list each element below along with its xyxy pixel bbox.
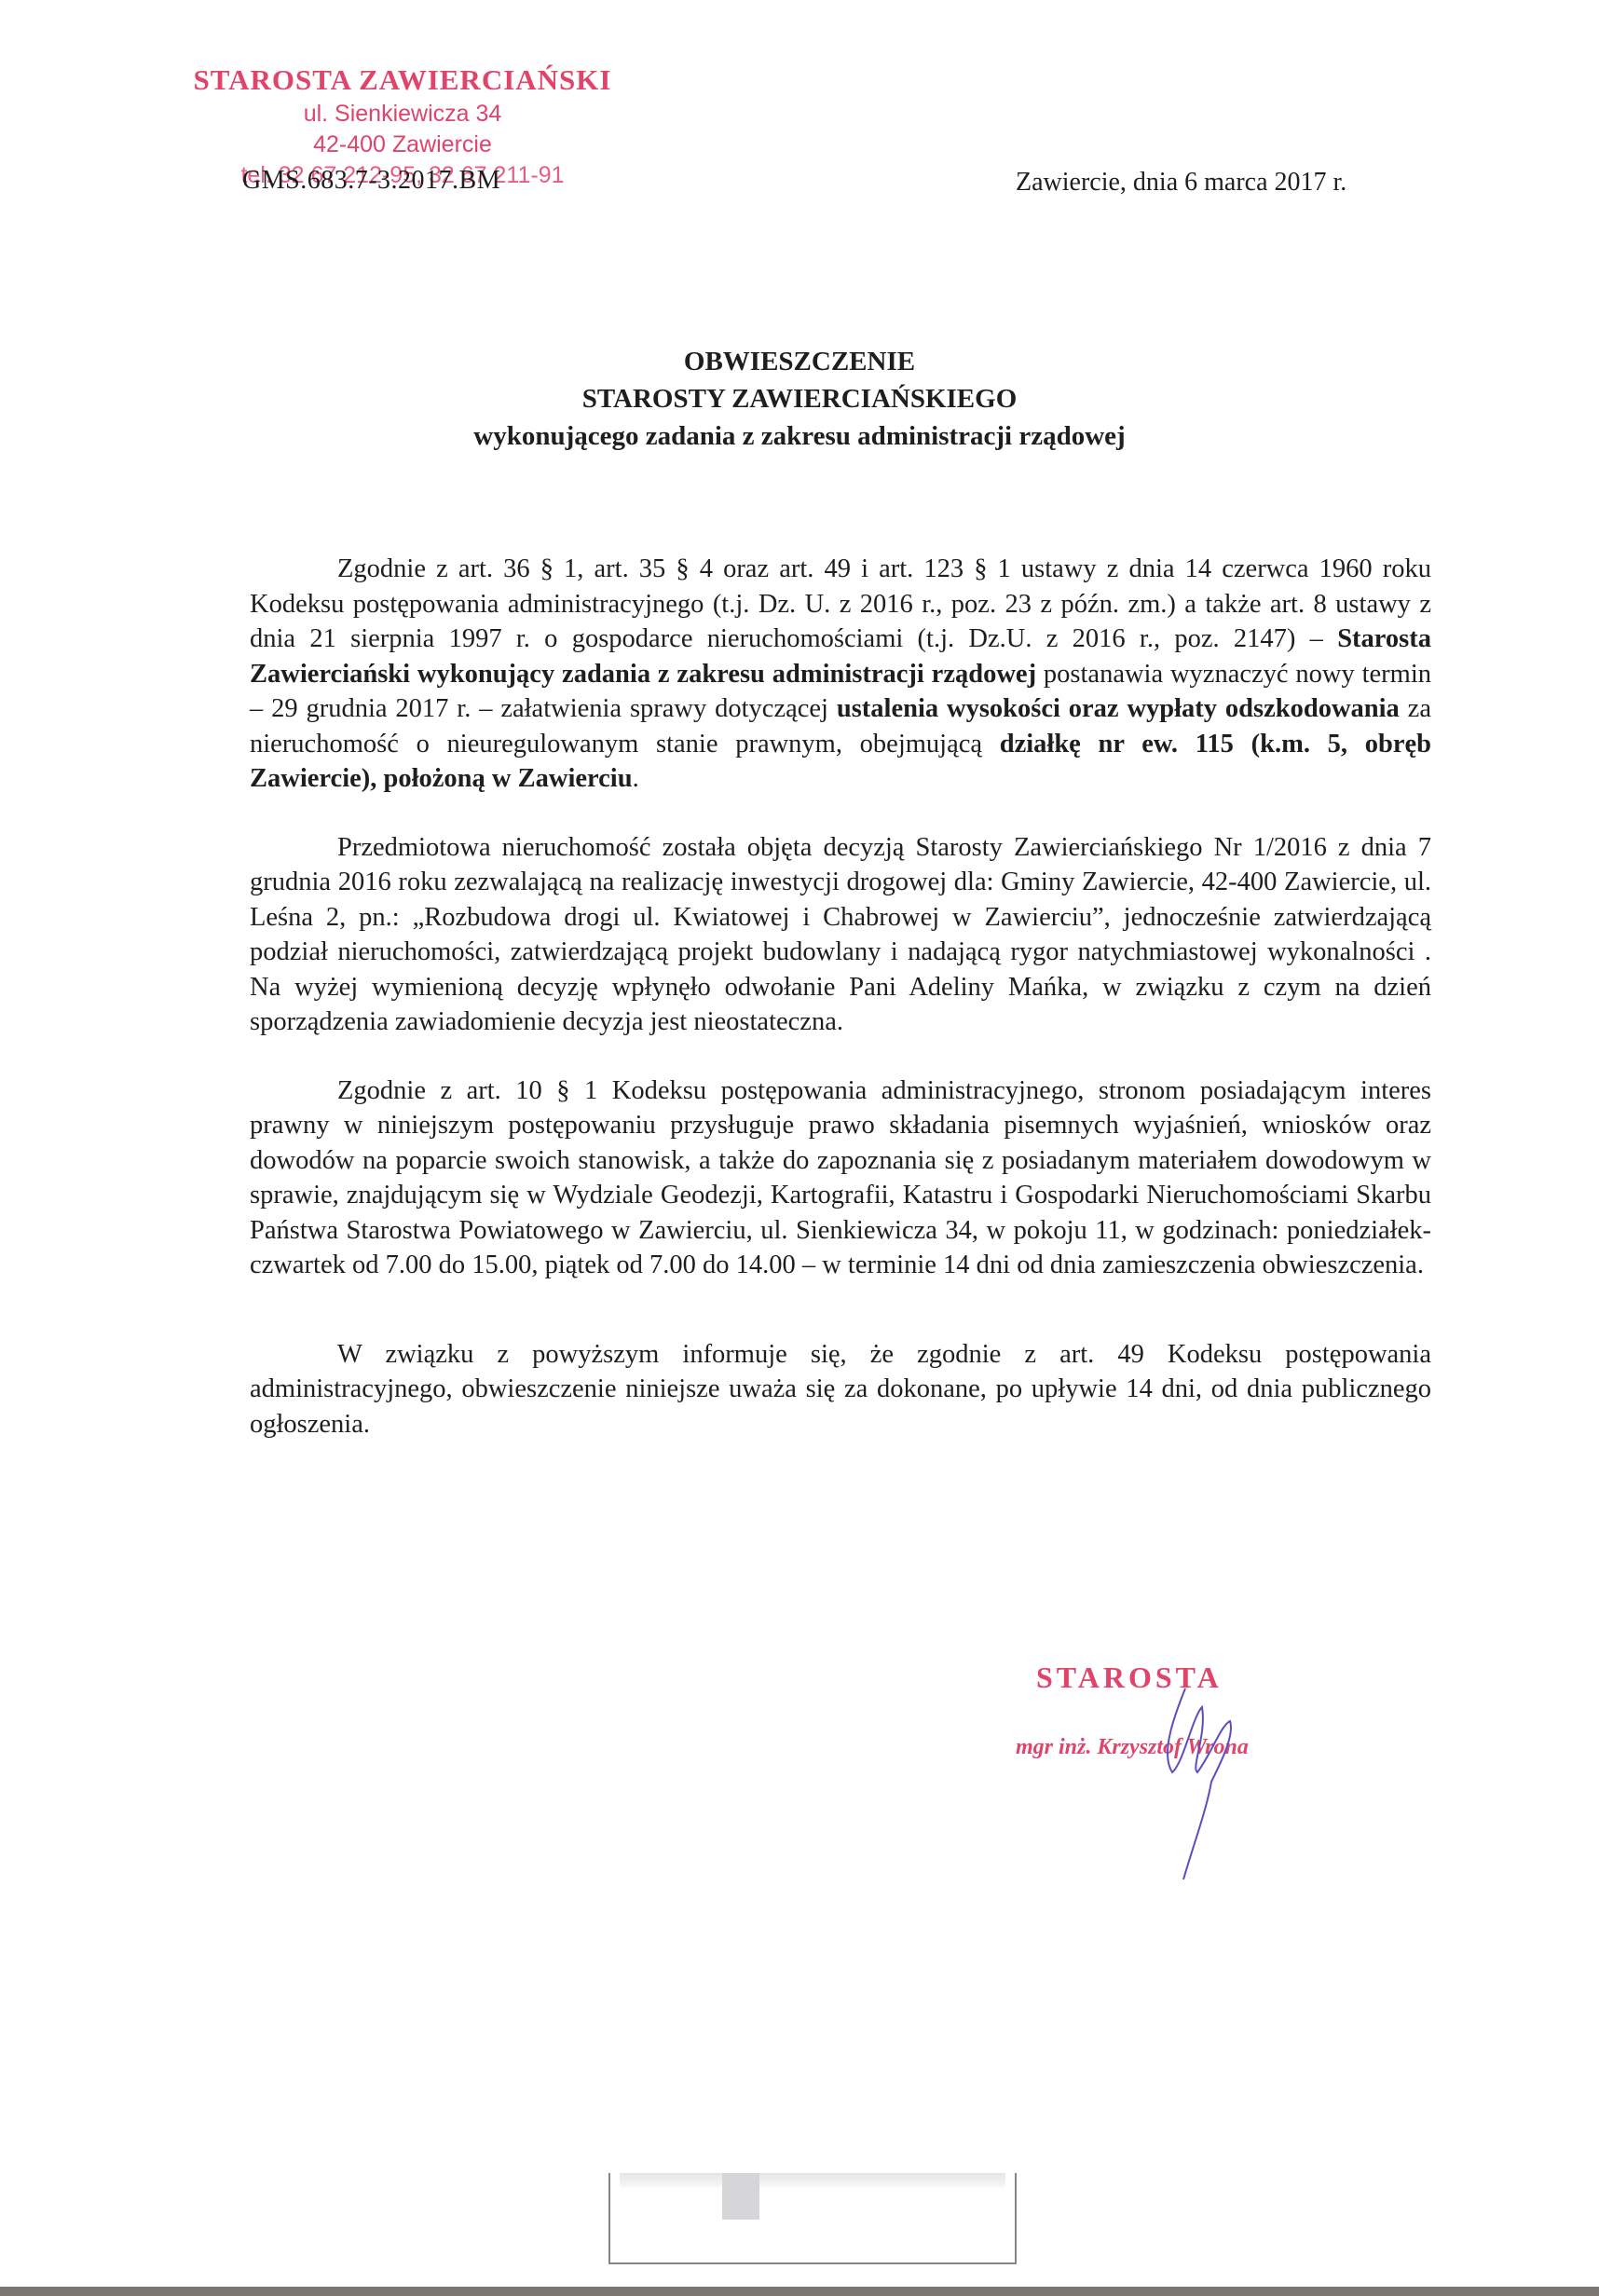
scan-artifact-frame (608, 2173, 1017, 2264)
p1-text-g: . (633, 764, 639, 793)
heading-line3: wykonującego zadania z zakresu administr… (0, 417, 1599, 455)
heading-line2: STAROSTY ZAWIERCIAŃSKIEGO (0, 380, 1599, 417)
document-heading: OBWIESZCZENIE STAROSTY ZAWIERCIAŃSKIEGO … (0, 343, 1599, 455)
paragraph-2: Przedmiotowa nieruchomość została objęta… (250, 830, 1431, 1040)
paragraph-3: Zgodnie z art. 10 § 1 Kodeksu postępowan… (250, 1073, 1431, 1283)
p1-text-a: Zgodnie z art. 36 § 1, art. 35 § 4 oraz … (250, 554, 1431, 653)
paragraph-4: W związku z powyższym informuje się, że … (250, 1337, 1431, 1442)
stamp-title: STAROSTA ZAWIERCIAŃSKI (192, 61, 613, 99)
p1-bold-subject: ustalenia wysokości oraz wypłaty odszkod… (837, 694, 1400, 723)
stamp-address-line2: 42-400 Zawiercie (192, 130, 613, 160)
film-strip-icon (722, 2173, 759, 2220)
scan-bottom-edge (0, 2287, 1599, 2296)
stamp-address-line1: ul. Sienkiewicza 34 (192, 99, 613, 130)
reference-number: GMS.683.7-3.2017.BM (242, 166, 500, 196)
paragraph-1: Zgodnie z art. 36 § 1, art. 35 § 4 oraz … (250, 552, 1431, 797)
scan-shade (620, 2173, 1005, 2188)
document-body: Zgodnie z art. 36 § 1, art. 35 § 4 oraz … (250, 552, 1431, 1475)
handwritten-signature-icon (1155, 1679, 1267, 1884)
place-date: Zawiercie, dnia 6 marca 2017 r. (1016, 168, 1346, 198)
heading-line1: OBWIESZCZENIE (0, 343, 1599, 380)
